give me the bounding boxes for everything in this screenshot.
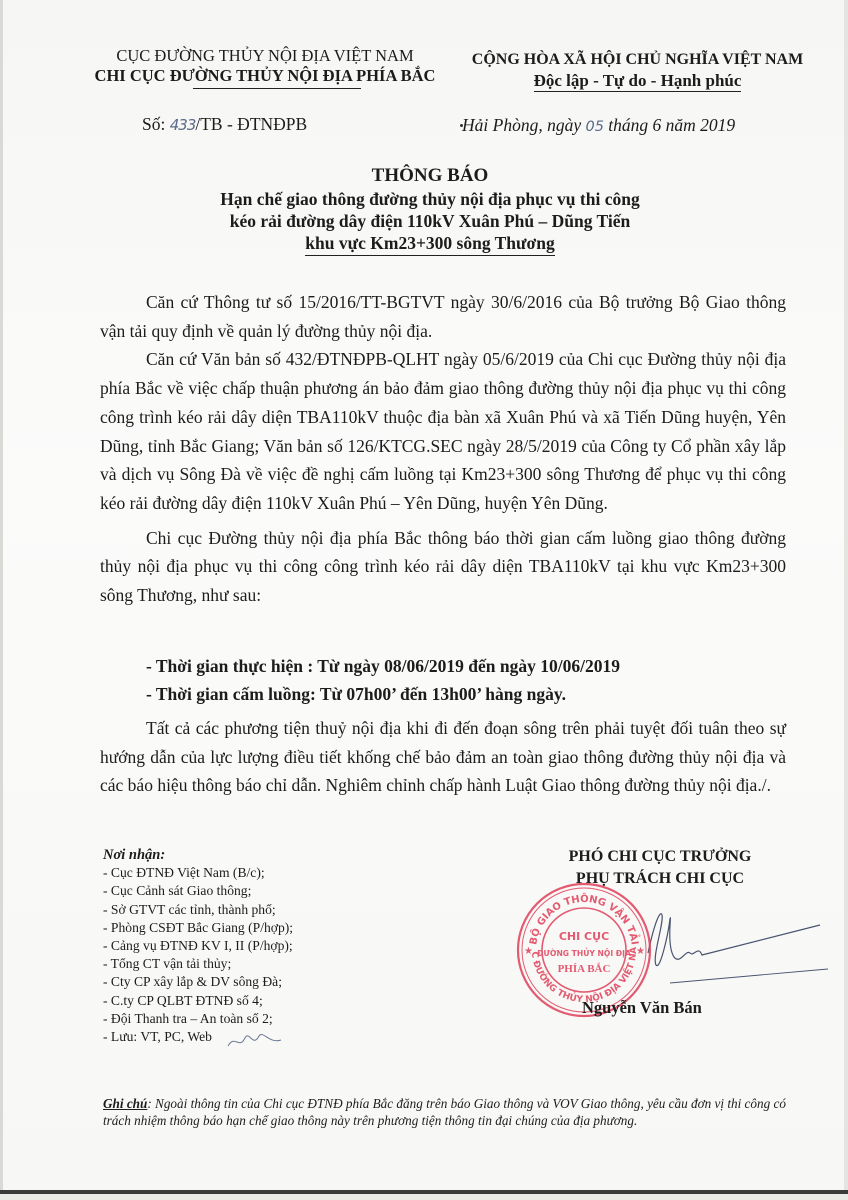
document-page: CỤC ĐƯỜNG THỦY NỘI ĐỊA VIỆT NAM CHI CỤC … <box>0 0 848 1200</box>
agency-name: CHI CỤC ĐƯỜNG THỦY NỘI ĐỊA PHÍA BẮC <box>80 66 450 86</box>
notice-body: Căn cứ Thông tư số 15/2016/TT-BGTVT ngày… <box>100 288 786 610</box>
place-date: Hải Phòng, ngày 05 tháng 6 năm 2019 <box>462 115 735 136</box>
paragraph-legal-basis-2: Căn cứ Văn bản số 432/ĐTNĐPB-QLHT ngày 0… <box>100 345 786 517</box>
agency-underline <box>193 88 361 89</box>
signer-name: Nguyễn Văn Bán <box>582 998 702 1018</box>
recipient-item: - Cục ĐTNĐ Việt Nam (B/c); <box>103 864 293 882</box>
paragraph-closing: Tất cả các phương tiện thuỷ nội địa khi … <box>100 714 786 800</box>
agency-parent: CỤC ĐƯỜNG THỦY NỘI ĐỊA VIỆT NAM <box>80 46 450 66</box>
svg-text:PHÍA BẮC: PHÍA BẮC <box>558 962 611 975</box>
national-motto: Độc lập - Tự do - Hạnh phúc <box>534 71 742 92</box>
signature-icon <box>640 905 830 985</box>
signer-title-line-1: PHÓ CHI CỤC TRƯỞNG <box>520 846 800 868</box>
national-header: CỘNG HÒA XÃ HỘI CHỦ NGHĨA VIỆT NAM Độc l… <box>460 50 815 92</box>
recipient-item: - Sở GTVT các tỉnh, thành phố; <box>103 901 293 919</box>
schedule-period: - Thời gian thực hiện : Từ ngày 08/06/20… <box>146 652 620 680</box>
doc-number-handwritten: 433 <box>170 116 196 134</box>
closing-section: Tất cả các phương tiện thuỷ nội địa khi … <box>100 714 786 800</box>
notice-title: THÔNG BÁO Hạn chế giao thông đường thủy … <box>150 164 710 254</box>
recipient-item: - Phòng CSĐT Bắc Giang (P/hợp); <box>103 919 293 937</box>
title-line-3: khu vực Km23+300 sông Thương <box>305 233 554 256</box>
document-number: Số: 433/TB - ĐTNĐPB <box>142 114 307 135</box>
footnote: Ghi chú: Ngoài thông tin của Chi cục ĐTN… <box>103 1096 793 1130</box>
recipient-item: - C.ty CP QLBT ĐTNĐ số 4; <box>103 992 293 1010</box>
svg-text:CHI CỤC: CHI CỤC <box>559 930 609 943</box>
scan-edge-right <box>844 0 848 1200</box>
title-line-2: kéo rải đường dây điện 110kV Xuân Phú – … <box>150 210 710 232</box>
date-suffix: tháng 6 năm 2019 <box>604 115 735 135</box>
schedule-hours: - Thời gian cấm luồng: Từ 07h00’ đến 13h… <box>146 680 620 708</box>
paragraph-legal-basis-1: Căn cứ Thông tư số 15/2016/TT-BGTVT ngày… <box>100 288 786 345</box>
recipient-item: - Cty CP xây lắp & DV sông Đà; <box>103 973 293 991</box>
agency-header: CỤC ĐƯỜNG THỦY NỘI ĐỊA VIỆT NAM CHI CỤC … <box>80 46 450 89</box>
svg-text:★: ★ <box>524 946 533 957</box>
title-main: THÔNG BÁO <box>150 164 710 188</box>
footnote-label: Ghi chú <box>103 1096 147 1111</box>
date-day-handwritten: 05 <box>585 119 603 135</box>
svg-text:★: ★ <box>636 946 645 957</box>
scan-edge-left <box>0 0 3 1200</box>
recipient-item: - Cục Cảnh sát Giao thông; <box>103 882 293 900</box>
recipient-item: - Tổng CT vận tải thủy; <box>103 955 293 973</box>
doc-number-suffix: /TB - ĐTNĐPB <box>195 114 307 134</box>
recipients-heading: Nơi nhận: <box>103 846 293 864</box>
scan-bottom-margin <box>0 1194 848 1200</box>
nation-name: CỘNG HÒA XÃ HỘI CHỦ NGHĨA VIỆT NAM <box>460 50 815 70</box>
recipients-list: - Cục ĐTNĐ Việt Nam (B/c);- Cục Cảnh sát… <box>103 864 293 1046</box>
date-prefix: Hải Phòng, ngày <box>462 115 585 135</box>
doc-number-prefix: Số: <box>142 114 170 134</box>
svg-text:ĐƯỜNG THỦY NỘI ĐỊA: ĐƯỜNG THỦY NỘI ĐỊA <box>537 948 631 958</box>
footnote-text: : Ngoài thông tin của Chi cục ĐTNĐ phía … <box>103 1096 786 1128</box>
schedule-list: - Thời gian thực hiện : Từ ngày 08/06/20… <box>146 652 620 708</box>
handwritten-initials-icon <box>225 1028 285 1052</box>
recipient-item: - Cảng vụ ĐTNĐ KV I, II (P/hợp); <box>103 937 293 955</box>
recipients-block: Nơi nhận: - Cục ĐTNĐ Việt Nam (B/c);- Cụ… <box>103 846 293 1046</box>
paragraph-announcement: Chi cục Đường thủy nội địa phía Bắc thôn… <box>100 524 786 610</box>
recipient-item: - Đội Thanh tra – An toàn số 2; <box>103 1010 293 1028</box>
title-line-1: Hạn chế giao thông đường thủy nội địa ph… <box>150 188 710 210</box>
